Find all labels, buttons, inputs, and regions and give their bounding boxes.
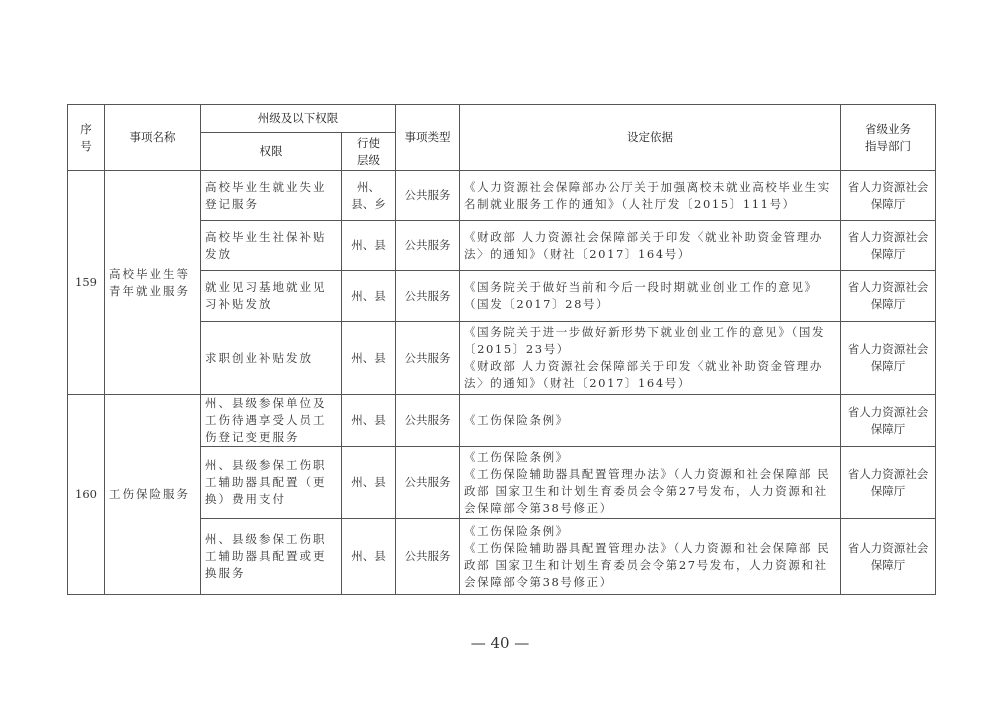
basis-cell: 《工伤保险条例》 xyxy=(460,395,841,447)
basis-line: 《财政部 人力资源社会保障部关于印发〈就业补助资金管理办法〉的通知》（财社〔20… xyxy=(464,358,836,392)
basis-cell: 《工伤保险条例》 《工伤保险辅助器具配置管理办法》（人力资源和社会保障部 民政部… xyxy=(460,447,841,519)
table-row: 159 高校毕业生等青年就业服务 高校毕业生就业失业登记服务 州、县、乡 公共服… xyxy=(68,171,936,221)
basis-line: 《工伤保险条例》 xyxy=(464,412,836,429)
type-cell: 公共服务 xyxy=(396,271,460,322)
header-seq: 序 号 xyxy=(68,105,105,171)
level-cell: 州、县 xyxy=(342,271,396,322)
authority-cell: 求职创业补贴发放 xyxy=(201,322,342,395)
table-header: 序 号 事项名称 州级及以下权限 事项类型 设定依据 省级业务 指导部门 权限 … xyxy=(68,105,936,171)
type-cell: 公共服务 xyxy=(396,322,460,395)
basis-line: 《工伤保险辅助器具配置管理办法》（人力资源和社会保障部 民政部 国家卫生和计划生… xyxy=(464,466,836,517)
authority-cell: 就业见习基地就业见习补贴发放 xyxy=(201,271,342,322)
basis-cell: 《国务院关于进一步做好新形势下就业创业工作的意见》（国发〔2015〕23号） 《… xyxy=(460,322,841,395)
header-authority: 权限 xyxy=(201,133,342,171)
seq-cell: 160 xyxy=(68,395,105,595)
type-cell: 公共服务 xyxy=(396,519,460,595)
basis-line: 《工伤保险辅助器具配置管理办法》（人力资源和社会保障部 民政部 国家卫生和计划生… xyxy=(464,540,836,591)
basis-line: 《工伤保险条例》 xyxy=(464,449,836,466)
basis-line: 《工伤保险条例》 xyxy=(464,523,836,540)
header-level-line: 层级 xyxy=(346,152,391,169)
basis-line: 《国务院关于做好当前和今后一段时期就业创业工作的意见》（国发〔2017〕28号） xyxy=(464,279,836,313)
type-cell: 公共服务 xyxy=(396,221,460,271)
basis-cell: 《国务院关于做好当前和今后一段时期就业创业工作的意见》（国发〔2017〕28号） xyxy=(460,271,841,322)
dept-cell: 省人力资源社会保障厅 xyxy=(841,322,936,395)
basis-cell: 《工伤保险条例》 《工伤保险辅助器具配置管理办法》（人力资源和社会保障部 民政部… xyxy=(460,519,841,595)
authority-cell: 高校毕业生就业失业登记服务 xyxy=(201,171,342,221)
table-row: 160 工伤保险服务 州、县级参保单位及工伤待遇享受人员工伤登记变更服务 州、县… xyxy=(68,395,936,447)
header-type: 事项类型 xyxy=(396,105,460,171)
item-name-cell: 高校毕业生等青年就业服务 xyxy=(105,171,201,395)
header-seq-line: 号 xyxy=(72,138,100,155)
type-cell: 公共服务 xyxy=(396,395,460,447)
level-cell: 州、县 xyxy=(342,395,396,447)
basis-line: 《国务院关于进一步做好新形势下就业创业工作的意见》（国发〔2015〕23号） xyxy=(464,324,836,358)
header-dept-line: 省级业务 xyxy=(845,121,931,138)
basis-cell: 《人力资源社会保障部办公厅关于加强离校未就业高校毕业生实名制就业服务工作的通知》… xyxy=(460,171,841,221)
authority-cell: 州、县级参保单位及工伤待遇享受人员工伤登记变更服务 xyxy=(201,395,342,447)
header-seq-line: 序 xyxy=(72,121,100,138)
header-dept: 省级业务 指导部门 xyxy=(841,105,936,171)
authority-table: 序 号 事项名称 州级及以下权限 事项类型 设定依据 省级业务 指导部门 权限 … xyxy=(67,104,936,595)
dept-cell: 省人力资源社会保障厅 xyxy=(841,271,936,322)
dept-cell: 省人力资源社会保障厅 xyxy=(841,519,936,595)
dept-cell: 省人力资源社会保障厅 xyxy=(841,447,936,519)
page-number: — 40 — xyxy=(0,634,1000,652)
basis-cell: 《财政部 人力资源社会保障部关于印发〈就业补助资金管理办法〉的通知》（财社〔20… xyxy=(460,221,841,271)
level-cell: 州、县 xyxy=(342,447,396,519)
dept-cell: 省人力资源社会保障厅 xyxy=(841,171,936,221)
dept-cell: 省人力资源社会保障厅 xyxy=(841,221,936,271)
header-item-name: 事项名称 xyxy=(105,105,201,171)
dept-cell: 省人力资源社会保障厅 xyxy=(841,395,936,447)
header-authority-group: 州级及以下权限 xyxy=(201,105,396,133)
level-cell: 州、县、乡 xyxy=(342,171,396,221)
header-level: 行使 层级 xyxy=(342,133,396,171)
authority-cell: 州、县级参保工伤职工辅助器具配置或更换服务 xyxy=(201,519,342,595)
level-cell: 州、县 xyxy=(342,221,396,271)
authority-cell: 州、县级参保工伤职工辅助器具配置（更换）费用支付 xyxy=(201,447,342,519)
header-dept-line: 指导部门 xyxy=(845,138,931,155)
basis-line: 《财政部 人力资源社会保障部关于印发〈就业补助资金管理办法〉的通知》（财社〔20… xyxy=(464,229,836,263)
seq-cell: 159 xyxy=(68,171,105,395)
header-basis: 设定依据 xyxy=(460,105,841,171)
basis-line: 《人力资源社会保障部办公厅关于加强离校未就业高校毕业生实名制就业服务工作的通知》… xyxy=(464,179,836,213)
level-cell: 州、县 xyxy=(342,322,396,395)
level-cell: 州、县 xyxy=(342,519,396,595)
item-name-cell: 工伤保险服务 xyxy=(105,395,201,595)
type-cell: 公共服务 xyxy=(396,171,460,221)
header-level-line: 行使 xyxy=(346,135,391,152)
authority-cell: 高校毕业生社保补贴发放 xyxy=(201,221,342,271)
type-cell: 公共服务 xyxy=(396,447,460,519)
